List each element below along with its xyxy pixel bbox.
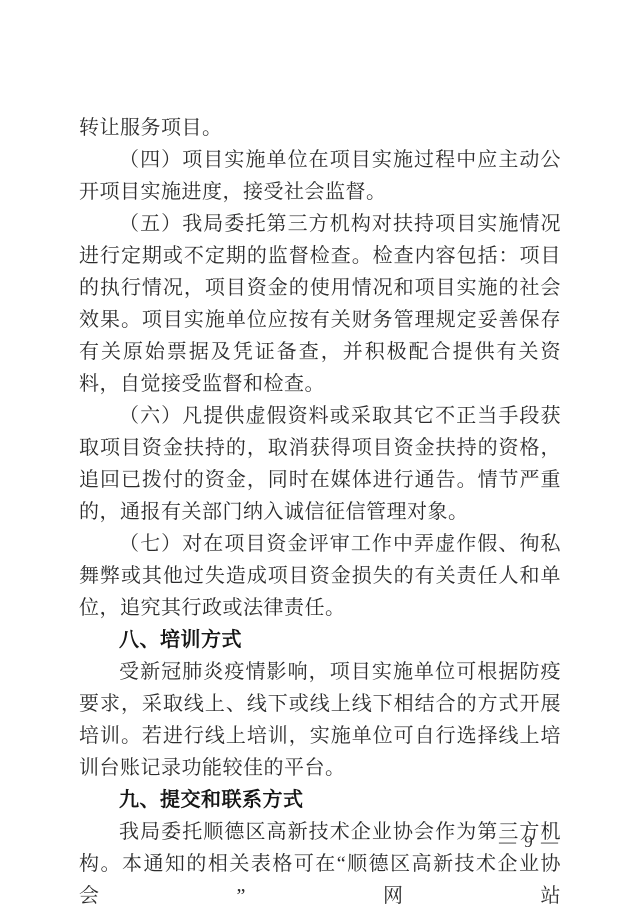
body-paragraph-continuation: 转让服务项目。 [79,112,561,144]
document-page: 转让服务项目。 （四）项目实施单位在项目实施过程中应主动公开项目实施进度，接受社… [0,0,640,905]
body-paragraph-item-6: （六）凡提供虚假资料或采取其它不正当手段获取项目资金扶持的，取消获得项目资金扶持… [79,400,561,528]
body-paragraph-item-4: （四）项目实施单位在项目实施过程中应主动公开项目实施进度，接受社会监督。 [79,144,561,208]
body-paragraph-contact: 我局委托顺德区高新技术企业协会作为第三方机构。本通知的相关表格可在“顺德区高新技… [79,816,561,905]
document-body: 转让服务项目。 （四）项目实施单位在项目实施过程中应主动公开项目实施进度，接受社… [79,112,561,905]
page-number: — 9 — [499,832,560,852]
body-paragraph-training: 受新冠肺炎疫情影响，项目实施单位可根据防疫要求，采取线上、线下或线上线下相结合的… [79,656,561,784]
section-heading-submission-contact: 九、提交和联系方式 [79,784,561,816]
body-paragraph-item-7: （七）对在项目资金评审工作中弄虚作假、徇私舞弊或其他过失造成项目资金损失的有关责… [79,528,561,624]
section-heading-training-method: 八、培训方式 [79,624,561,656]
body-paragraph-item-5: （五）我局委托第三方机构对扶持项目实施情况进行定期或不定期的监督检查。检查内容包… [79,208,561,400]
